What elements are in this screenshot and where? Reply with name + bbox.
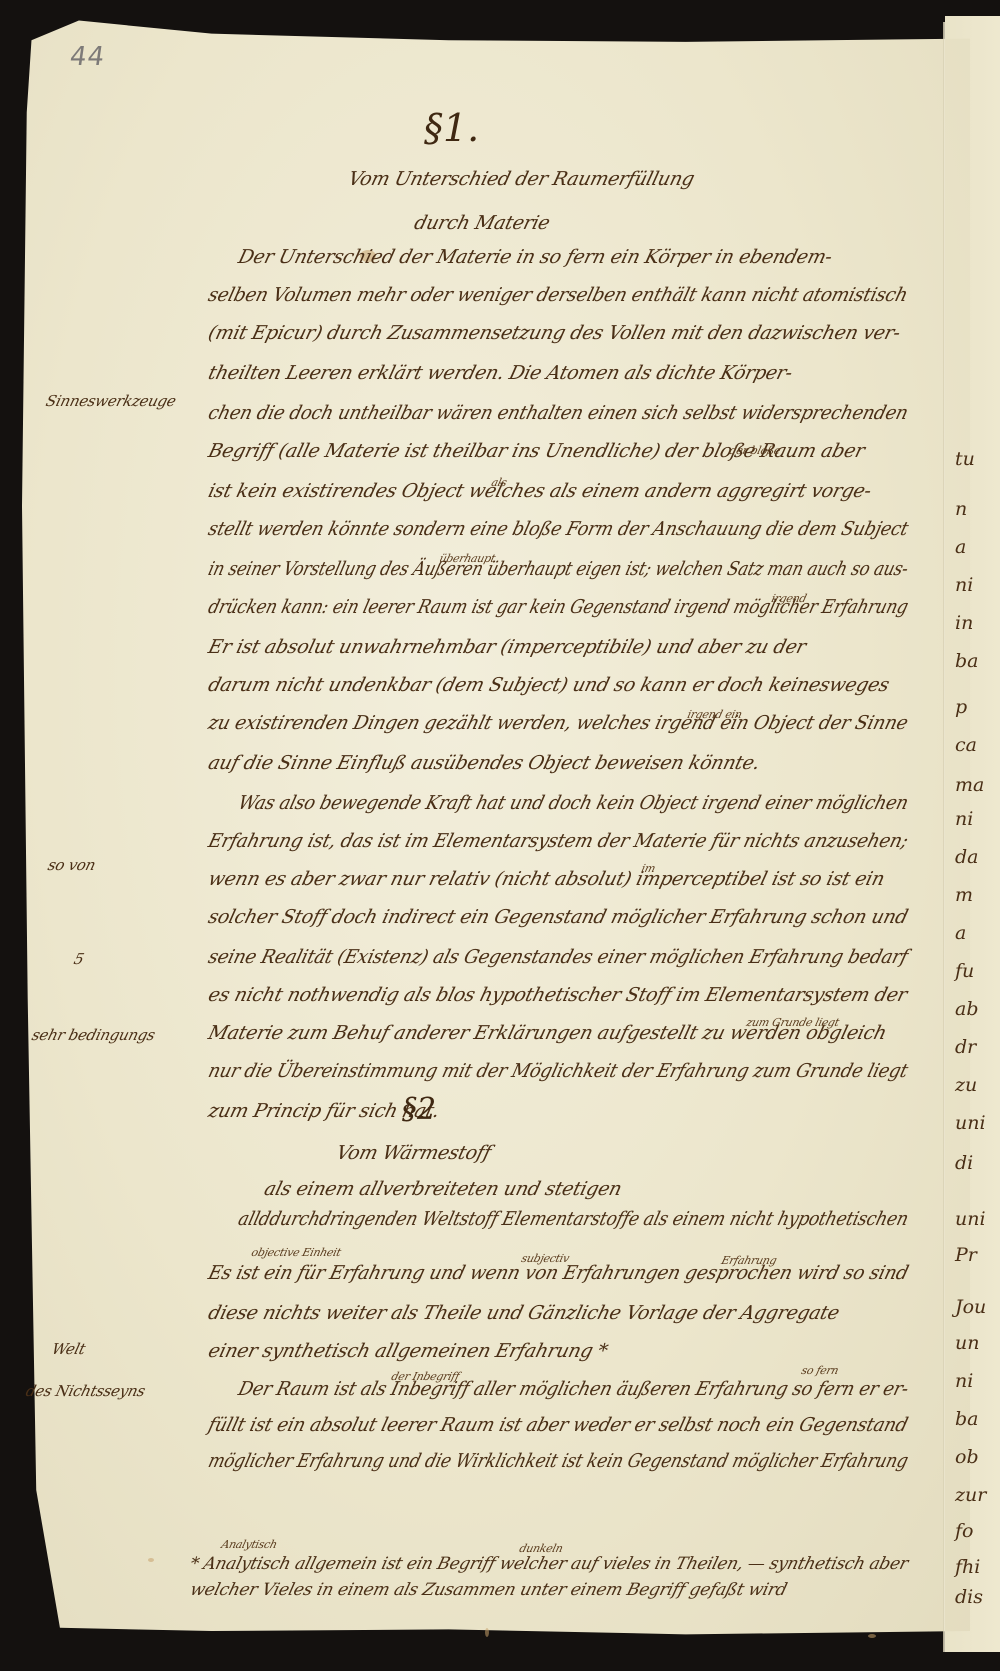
adjacent-text-fragment: un	[955, 1332, 979, 1354]
interlinear-insertion: irgend ein	[686, 708, 743, 721]
body-line: es nicht nothwendig als blos hypothetisc…	[206, 984, 909, 1006]
interlinear-insertion: so fern	[800, 1364, 840, 1377]
interlinear-insertion: Erfahrung	[720, 1254, 778, 1267]
marginal-note: so von	[46, 856, 97, 874]
adjacent-text-fragment: n	[955, 498, 967, 520]
body-line: wenn es aber zwar nur relativ (nicht abs…	[206, 868, 887, 890]
adjacent-text-fragment: fhi	[955, 1556, 980, 1578]
body-line: füllt ist ein absolut leerer Raum ist ab…	[206, 1414, 910, 1436]
body-line: theilten Leeren erklärt werden. Die Atom…	[206, 362, 795, 384]
paper-stain	[485, 1628, 489, 1637]
marginal-note: des Nichtsseyns	[24, 1382, 147, 1400]
interlinear-insertion: überhaupt	[438, 552, 497, 565]
body-line: nur die Übereinstimmung mit der Möglichk…	[206, 1060, 910, 1082]
body-line: (mit Epicur) durch Zusammensetzung des V…	[206, 322, 902, 344]
interlinear-insertion: der Inbegriff	[390, 1370, 461, 1383]
adjacent-text-fragment: ba	[955, 1408, 979, 1430]
adjacent-text-fragment: m	[955, 884, 973, 906]
body-line: solcher Stoff doch indirect ein Gegensta…	[206, 906, 910, 928]
adjacent-text-fragment: ma	[955, 774, 984, 796]
body-line: auf die Sinne Einfluß ausübendes Object …	[206, 752, 762, 774]
body-line: zu existirenden Dingen gezählt werden, w…	[206, 712, 910, 734]
section-1-heading: §1.	[424, 106, 479, 150]
section-2-heading: §2	[402, 1092, 436, 1127]
adjacent-text-fragment: p	[955, 696, 967, 718]
adjacent-text-fragment: ba	[955, 650, 979, 672]
body-line: Erfahrung ist, das ist im Elementarsyste…	[206, 830, 910, 852]
interlinear-insertion: objective Einheit	[250, 1246, 342, 1259]
section-1-title-line-2: durch Materie	[412, 212, 552, 234]
footnote-line: * Analytisch allgemein ist ein Begriff w…	[188, 1554, 910, 1574]
adjacent-text-fragment: a	[955, 536, 966, 558]
adjacent-text-fragment: Pr	[955, 1244, 977, 1266]
adjacent-text-fragment: ni	[955, 808, 973, 830]
body-line: als einem allverbreiteten und stetigen	[262, 1178, 624, 1200]
paper-stain	[868, 1634, 876, 1638]
interlinear-insertion: als	[490, 476, 508, 489]
body-line: Der Raum ist als Inbegriff aller möglich…	[236, 1378, 911, 1400]
adjacent-text-fragment: uni	[955, 1112, 986, 1134]
adjacent-text-fragment: zur	[955, 1484, 986, 1506]
adjacent-text-fragment: dr	[955, 1036, 976, 1058]
body-line: allddurchdringenden Weltstoff Elementars…	[236, 1208, 911, 1230]
body-line: ist kein existirendes Object welches als…	[206, 480, 873, 502]
adjacent-text-fragment: ni	[955, 574, 973, 596]
adjacent-text-fragment: ab	[955, 998, 979, 1020]
adjacent-text-fragment: tu	[955, 448, 975, 470]
section-1-title-line-1: Vom Unterschied der Raumerfüllung	[346, 168, 697, 190]
folio-number: 44	[68, 42, 107, 72]
adjacent-text-fragment: fo	[955, 1520, 973, 1542]
footnote-line: welcher Vieles in einem als Zusammen unt…	[188, 1580, 789, 1600]
adjacent-text-fragment: ob	[955, 1446, 979, 1468]
adjacent-text-fragment: dis	[955, 1586, 983, 1608]
section-2-title: Vom Wärmestoff	[334, 1142, 493, 1164]
adjacent-text-fragment: a	[955, 922, 966, 944]
adjacent-text-fragment: Jou	[955, 1296, 986, 1318]
body-line: seine Realität (Existenz) als Gegenstand…	[206, 946, 910, 968]
body-line: Was also bewegende Kraft hat und doch ke…	[236, 792, 910, 814]
adjacent-text-fragment: ni	[955, 1370, 973, 1392]
body-line: Er ist absolut unwahrnehmbar (impercepti…	[206, 636, 808, 658]
page-fold	[943, 22, 945, 1652]
interlinear-insertion: der bloße	[728, 444, 782, 457]
body-line: chen die doch untheilbar wären enthalten…	[206, 402, 910, 424]
body-line: Der Unterschied der Materie in so fern e…	[236, 246, 834, 268]
body-line: Es ist ein für Erfahrung und wenn von Er…	[206, 1262, 911, 1284]
interlinear-insertion: Analytisch	[220, 1538, 278, 1551]
body-line: möglicher Erfahrung und die Wirklichkeit…	[206, 1450, 910, 1472]
adjacent-text-fragment: da	[955, 846, 979, 868]
adjacent-text-fragment: in	[955, 612, 973, 634]
interlinear-insertion: subjectiv	[520, 1252, 571, 1265]
interlinear-insertion: zum Grunde liegt	[745, 1016, 841, 1029]
marginal-note: Sinneswerkzeuge	[44, 392, 178, 410]
paper-stain	[148, 1558, 154, 1562]
adjacent-text-fragment: fu	[955, 960, 974, 982]
adjacent-text-fragment: ca	[955, 734, 977, 756]
body-line: in seiner Vorstellung des Äußeren überha…	[206, 558, 910, 580]
body-line: einer synthetisch allgemeinen Erfahrung …	[206, 1340, 610, 1362]
interlinear-insertion: irgend	[770, 592, 808, 605]
body-line: stellt werden könnte sondern eine bloße …	[206, 518, 910, 540]
adjacent-text-fragment: di	[955, 1152, 973, 1174]
body-line: darum nicht undenkbar (dem Subject) und …	[206, 674, 891, 696]
body-line: diese nichts weiter als Theile und Gänzl…	[206, 1302, 842, 1324]
marginal-note: sehr bedingungs	[30, 1026, 157, 1044]
adjacent-text-fragment: uni	[955, 1208, 986, 1230]
body-line: selben Volumen mehr oder weniger derselb…	[206, 284, 910, 306]
adjacent-text-fragment: zu	[955, 1074, 977, 1096]
marginal-note: Welt	[50, 1340, 87, 1358]
interlinear-insertion: dunkeln	[518, 1542, 564, 1555]
